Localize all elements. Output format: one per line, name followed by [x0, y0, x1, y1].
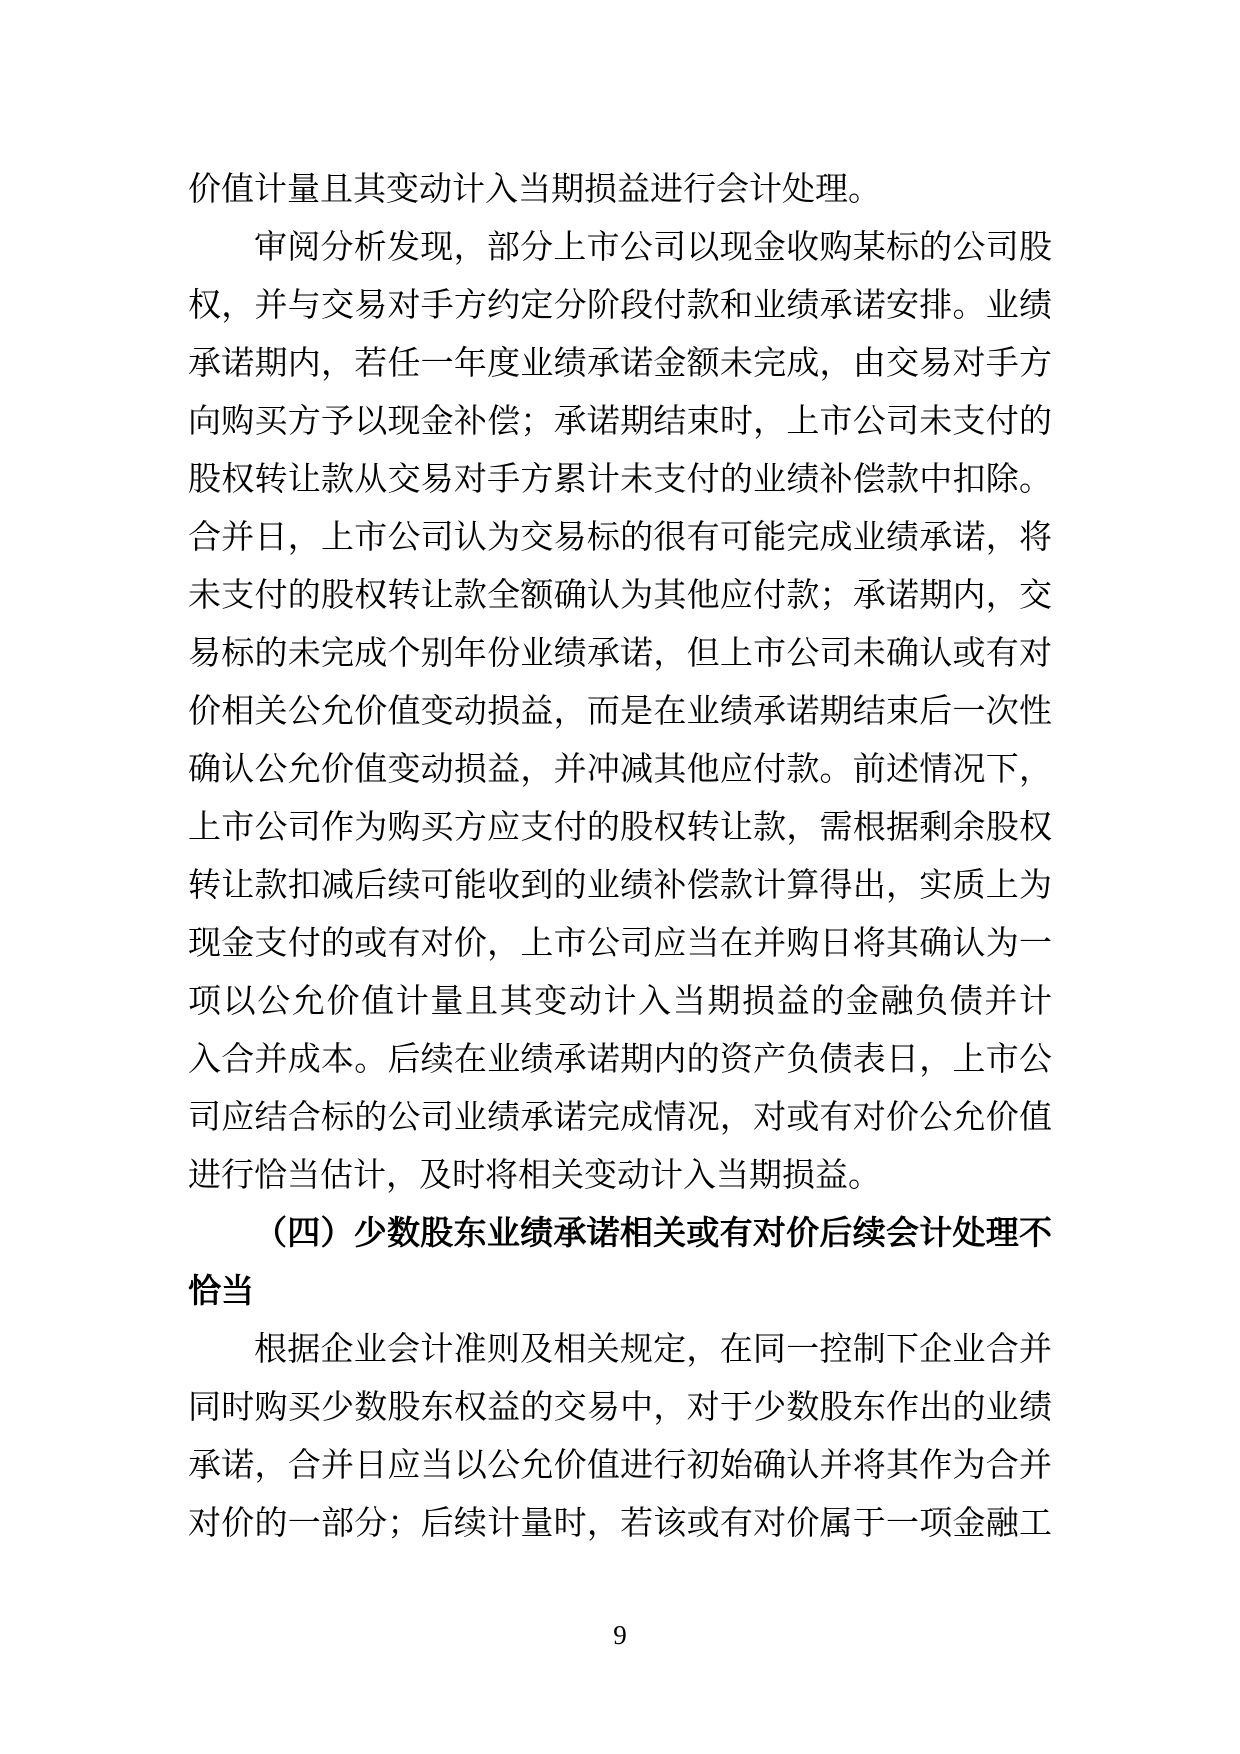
body-text-line: 转让款扣减后续可能收到的业绩补偿款计算得出，实质上为 — [188, 857, 1052, 915]
body-text-line: 未支付的股权转让款全额确认为其他应付款；承诺期内，交 — [188, 567, 1052, 625]
body-text-line: 审阅分析发现，部分上市公司以现金收购某标的公司股 — [188, 219, 1052, 277]
body-text-line: 承诺期内，若任一年度业绩承诺金额未完成，由交易对手方 — [188, 335, 1052, 393]
body-text-line: 项以公允价值计量且其变动计入当期损益的金融负债并计 — [188, 973, 1052, 1031]
body-text-line: 股权转让款从交易对手方累计未支付的业绩补偿款中扣除。 — [188, 451, 1052, 509]
body-text-line: 司应结合标的公司业绩承诺完成情况，对或有对价公允价值 — [188, 1089, 1052, 1147]
body-text-line: 向购买方予以现金补偿；承诺期结束时，上市公司未支付的 — [188, 393, 1052, 451]
section-heading-line: 恰当 — [188, 1263, 1052, 1321]
body-text-line: 入合并成本。后续在业绩承诺期内的资产负债表日，上市公 — [188, 1031, 1052, 1089]
page-number: 9 — [613, 1620, 627, 1650]
document-body: 价值计量且其变动计入当期损益进行会计处理。审阅分析发现，部分上市公司以现金收购某… — [188, 161, 1052, 1553]
body-text-line: 易标的未完成个别年份业绩承诺，但上市公司未确认或有对 — [188, 625, 1052, 683]
body-text-line: 根据企业会计准则及相关规定，在同一控制下企业合并 — [188, 1321, 1052, 1379]
body-text-line: 现金支付的或有对价，上市公司应当在并购日将其确认为一 — [188, 915, 1052, 973]
body-text-line: 确认公允价值变动损益，并冲减其他应付款。前述情况下， — [188, 741, 1052, 799]
section-heading-line: （四）少数股东业绩承诺相关或有对价后续会计处理不 — [188, 1205, 1052, 1263]
page-footer: 9 — [0, 1618, 1240, 1652]
body-text-line: 价相关公允价值变动损益，而是在业绩承诺期结束后一次性 — [188, 683, 1052, 741]
body-text-line: 权，并与交易对手方约定分阶段付款和业绩承诺安排。业绩 — [188, 277, 1052, 335]
body-text-line: 进行恰当估计，及时将相关变动计入当期损益。 — [188, 1147, 1052, 1205]
document-page: 价值计量且其变动计入当期损益进行会计处理。审阅分析发现，部分上市公司以现金收购某… — [0, 0, 1240, 1754]
body-text-line: 上市公司作为购买方应支付的股权转让款，需根据剩余股权 — [188, 799, 1052, 857]
body-text-line: 承诺，合并日应当以公允价值进行初始确认并将其作为合并 — [188, 1437, 1052, 1495]
body-text-line: 对价的一部分；后续计量时，若该或有对价属于一项金融工 — [188, 1495, 1052, 1553]
body-text-line: 合并日，上市公司认为交易标的很有可能完成业绩承诺，将 — [188, 509, 1052, 567]
body-text-line: 价值计量且其变动计入当期损益进行会计处理。 — [188, 161, 1052, 219]
body-text-line: 同时购买少数股东权益的交易中，对于少数股东作出的业绩 — [188, 1379, 1052, 1437]
